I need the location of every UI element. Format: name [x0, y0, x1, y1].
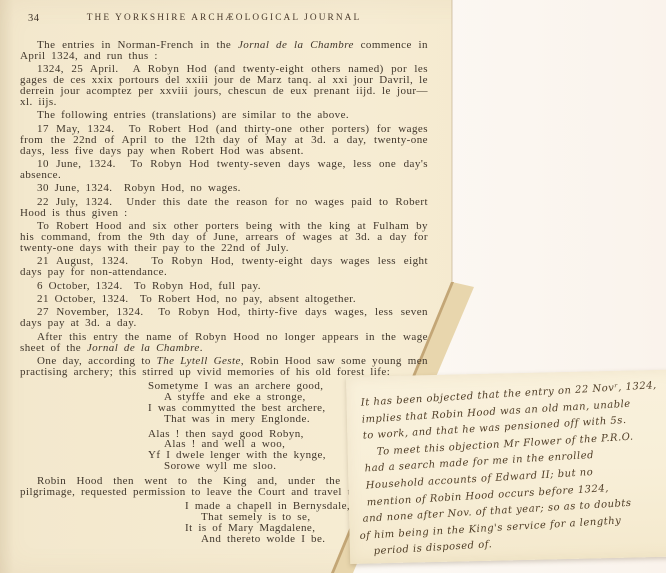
paragraph: 17 May, 1324. To Robert Hod (and thirty-…: [20, 124, 428, 157]
paragraph: 22 July, 1324. Under this date the reaso…: [20, 197, 428, 219]
paragraph: 1324, 25 April. A Robyn Hod (and twenty-…: [20, 64, 428, 108]
journal-title: THE YORKSHIRE ARCHÆOLOGICAL JOURNAL: [20, 13, 428, 23]
paragraph: 6 October, 1324. To Robyn Hod, full pay.: [20, 281, 428, 292]
paragraph: The following entries (translations) are…: [20, 110, 428, 121]
paragraph: After this entry the name of Robyn Hood …: [20, 332, 428, 354]
paragraph: 27 November, 1324. To Robyn Hod, thirty-…: [20, 307, 428, 329]
note-text: It has been objected that the entry on 2…: [360, 377, 666, 562]
paragraph: 21 August, 1324. To Robyn Hod, twenty-ei…: [20, 256, 428, 278]
paragraph: One day, according to The Lytell Geste, …: [20, 356, 428, 378]
scanned-document-photo: 34 THE YORKSHIRE ARCHÆOLOGICAL JOURNAL T…: [0, 0, 666, 573]
page-number: 34: [28, 13, 40, 24]
paragraph: The entries in Norman-French in the Jorn…: [20, 40, 428, 62]
paragraph: To Robert Hood and six other porters bei…: [20, 221, 428, 254]
paragraph: 30 June, 1324. Robyn Hod, no wages.: [20, 183, 428, 194]
paragraph: 21 October, 1324. To Robert Hod, no pay,…: [20, 294, 428, 305]
handwritten-note: It has been objected that the entry on 2…: [346, 369, 666, 564]
paragraph: 10 June, 1324. To Robyn Hod twenty-seven…: [20, 159, 428, 181]
page-edge-line-top: [451, 0, 453, 283]
page-header: 34 THE YORKSHIRE ARCHÆOLOGICAL JOURNAL: [20, 13, 428, 27]
